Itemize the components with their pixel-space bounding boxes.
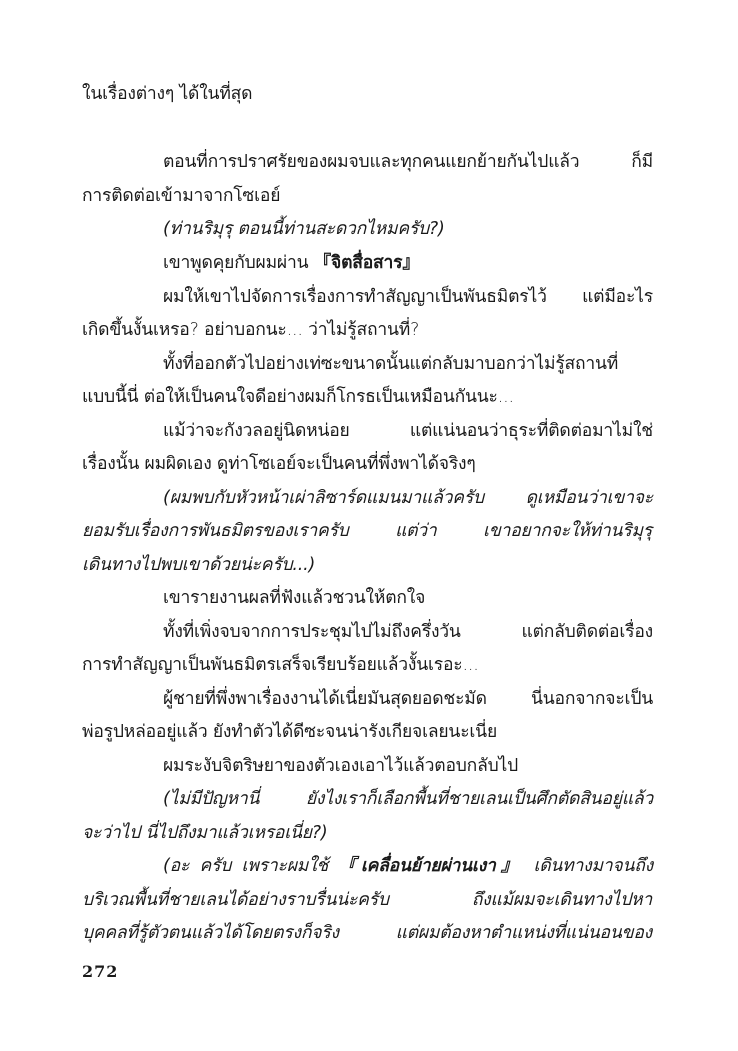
dialogue-line: (ผมพบกับหัวหน้าเผ่าลิซาร์ดแมนมาแล้วครับ … bbox=[163, 486, 653, 510]
text-line: แม้ว่าจะกังวลอยู่นิดหน่อย แต่แน่นอนว่าธุ… bbox=[163, 419, 653, 443]
text-line: ผมระงับจิตริษยาของตัวเองเอาไว้แล้วตอบกลั… bbox=[163, 754, 653, 778]
book-page: ในเรื่องต่างๆ ได้ในที่สุด ตอนที่การปราศร… bbox=[0, 0, 738, 1051]
text-line: ทั้งที่เพิ่งจบจากการประชุมไปไม่ถึงครึ่งว… bbox=[163, 620, 653, 644]
text-line: การติดต่อเข้ามาจากโซเอย์ bbox=[82, 184, 652, 208]
text-segment: เขาพูดคุยกับผมผ่าน bbox=[163, 253, 314, 273]
dialogue-line: บุคคลที่รู้ตัวตนแล้วได้โดยตรงก็จริง แต่ผ… bbox=[82, 921, 652, 945]
skill-name: 『เคลื่อนย้ายผ่านเงา』 bbox=[339, 856, 524, 876]
text-segment: (อะ ครับ เพราะผมใช้ bbox=[163, 856, 339, 876]
text-line: เขาพูดคุยกับผมผ่าน 『จิตสื่อสาร』 bbox=[163, 251, 653, 275]
dialogue-line: บริเวณพื้นที่ชายเลนได้อย่างราบรื่นน่ะครั… bbox=[82, 888, 652, 912]
text-line: เกิดขึ้นงั้นเหรอ? อย่าบอกนะ... ว่าไม่รู้… bbox=[82, 318, 652, 342]
text-segment: เดินทางมาจนถึง bbox=[523, 856, 653, 876]
text-line: แบบนี้นี่ ต่อให้เป็นคนใจดีอย่างผมก็โกรธเ… bbox=[82, 385, 652, 409]
text-line: การทำสัญญาเป็นพันธมิตรเสร็จเรียบร้อยแล้ว… bbox=[82, 653, 652, 677]
text-line: ทั้งที่ออกตัวไปอย่างเท่ซะขนาดนั้นแต่กลับ… bbox=[163, 352, 653, 376]
text-line: เขารายงานผลที่ฟังแล้วชวนให้ตกใจ bbox=[163, 586, 653, 610]
page-number: 272 bbox=[82, 962, 118, 981]
text-line: ในเรื่องต่างๆ ได้ในที่สุด bbox=[82, 82, 652, 106]
text-line: ผมให้เขาไปจัดการเรื่องการทำสัญญาเป็นพันธ… bbox=[163, 285, 653, 309]
dialogue-line: ยอมรับเรื่องการพันธมิตรของเราครับ แต่ว่า… bbox=[82, 519, 652, 543]
dialogue-line: จะว่าไป นี่ไปถึงมาแล้วเหรอเนี่ย?) bbox=[82, 821, 652, 845]
dialogue-line: (ท่านริมุรุ ตอนนี้ท่านสะดวกไหมครับ?) bbox=[163, 217, 653, 241]
text-line: ตอนที่การปราศรัยของผมจบและทุกคนแยกย้ายกั… bbox=[163, 150, 653, 174]
skill-name: 『จิตสื่อสาร』 bbox=[314, 253, 420, 273]
dialogue-line: (ไม่มีปัญหานี่ ยังไงเราก็เลือกพื้นที่ชาย… bbox=[163, 787, 653, 811]
text-line: เรื่องนั้น ผมผิดเอง ดูท่าโซเอย์จะเป็นคนท… bbox=[82, 452, 652, 476]
text-line: พ่อรูปหล่ออยู่แล้ว ยังทำตัวได้ดีซะจนน่าร… bbox=[82, 720, 652, 744]
dialogue-line: (อะ ครับ เพราะผมใช้ 『เคลื่อนย้ายผ่านเงา』… bbox=[163, 854, 653, 878]
dialogue-line: เดินทางไปพบเขาด้วยน่ะครับ...) bbox=[82, 553, 652, 577]
text-line: ผู้ชายที่พึ่งพาเรื่องงานได้เนี่ยมันสุดยอ… bbox=[163, 687, 653, 711]
